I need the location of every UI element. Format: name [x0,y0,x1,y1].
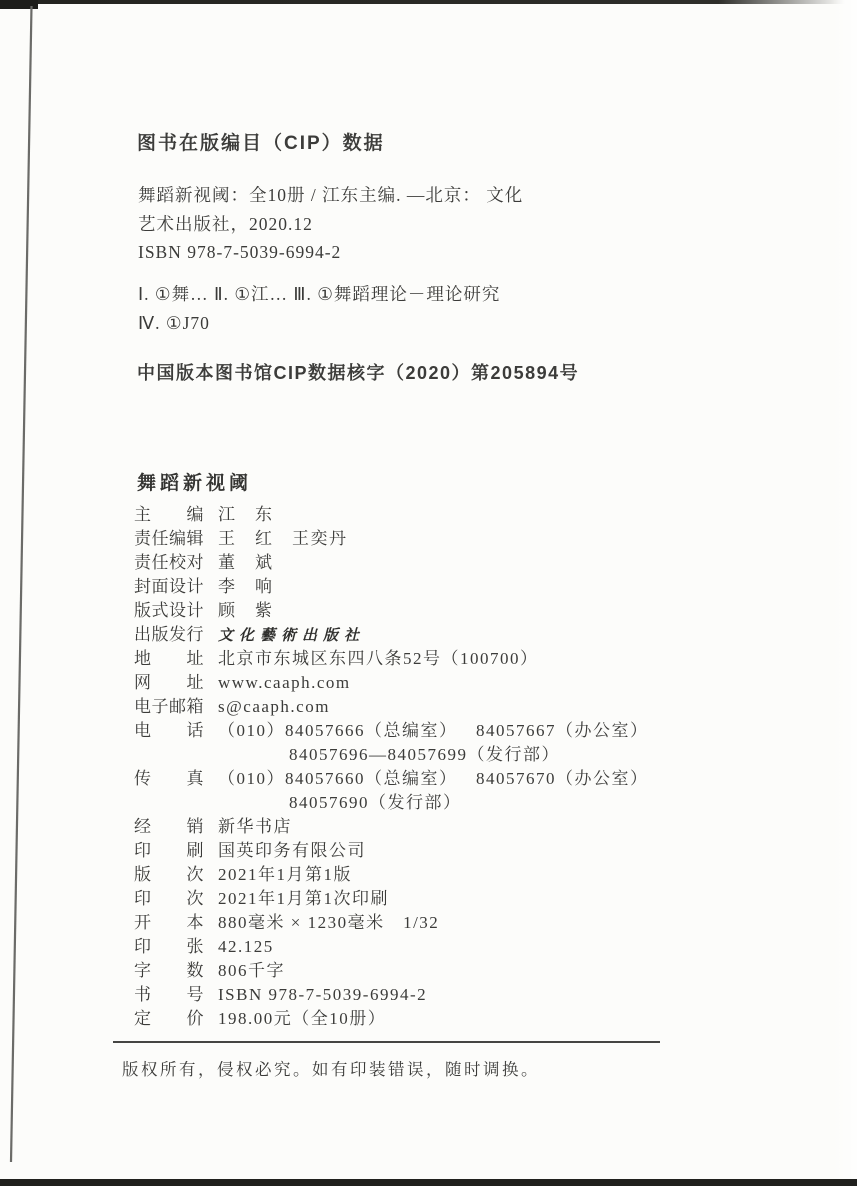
field-value: 2021年1月第1次印刷 [218,889,389,908]
website-url: www.caaph.com [218,673,351,692]
cip-classification-line: Ⅳ. ①J70 [138,309,500,338]
row-printing: 印 次2021年1月第1次印刷 [134,887,649,911]
field-value-secondary: 84057670（办公室） [476,769,649,788]
publication-details-list: 主 编江 东 责任编辑王 红 王奕丹 责任校对董 斌 封面设计李 响 版式设计顾… [134,503,649,1031]
row-format: 开 本880毫米 × 1230毫米 1/32 [134,911,649,935]
field-label: 网 址 [134,671,204,695]
field-label: 印 次 [134,887,204,911]
row-email: 电子邮箱s@caaph.com [134,695,649,719]
email-address: s@caaph.com [218,697,330,716]
field-label: 电 话 [134,719,204,743]
row-distributor: 经 销新华书店 [134,815,649,839]
field-value: 国英印务有限公司 [218,841,366,860]
field-value-secondary: 84057667（办公室） [476,721,649,740]
row-address: 地 址北京市东城区东四八条52号（100700） [134,647,649,671]
row-chief-editor: 主 编江 东 [134,503,649,527]
field-label: 电子邮箱 [134,695,204,719]
field-label: 印 张 [134,935,204,959]
field-value: 84057690（发行部） [218,793,462,812]
field-label: 字 数 [134,959,204,983]
field-label: 出版发行 [134,623,204,647]
cip-record-number: 中国版本图书馆CIP数据核字（2020）第205894号 [137,359,579,385]
field-label: 封面设计 [134,575,204,599]
field-label: 印 刷 [134,839,204,863]
row-isbn: 书 号ISBN 978-7-5039-6994-2 [134,983,649,1007]
field-label: 责任编辑 [134,527,204,551]
row-telephone: 电 话（010）84057666（总编室）84057667（办公室） [134,719,649,743]
row-word-count: 字 数806千字 [134,959,649,983]
cip-classification: Ⅰ. ①舞… Ⅱ. ①江… Ⅲ. ①舞蹈理论－理论研究 Ⅳ. ①J70 [138,280,500,337]
row-layout-design: 版式设计顾 紫 [134,599,649,623]
field-value: 84057696—84057699（发行部） [218,745,560,764]
field-value: 江 东 [218,505,274,524]
field-label: 责任校对 [134,551,204,575]
cip-heading: 图书在版编目（CIP）数据 [137,128,385,155]
field-value: 王 红 王奕丹 [218,529,348,548]
scan-left-page-edge-line [0,0,45,1186]
row-price: 定 价198.00元（全10册） [134,1007,649,1031]
row-telephone-continued: 84057696—84057699（发行部） [134,743,649,767]
isbn-number: ISBN 978-7-5039-6994-2 [218,985,427,1004]
cip-description-line: 艺术出版社，2020.12 [138,210,523,239]
price-value: 198.00元（全10册） [218,1009,386,1028]
row-edition: 版 次2021年1月第1版 [134,863,649,887]
field-value: 2021年1月第1版 [218,865,352,884]
field-label: 开 本 [134,911,204,935]
field-label: 地 址 [134,647,204,671]
field-value: （010）84057666（总编室） [218,719,476,743]
scan-top-edge [0,0,845,4]
row-website: 网 址www.caaph.com [134,671,649,695]
field-value: 顾 紫 [218,601,274,620]
row-proofreader: 责任校对董 斌 [134,551,649,575]
scan-bottom-edge [0,1179,857,1186]
footer-divider [113,1041,660,1043]
field-value: 李 响 [218,577,274,596]
copyright-notice: 版权所有，侵权必究。如有印装错误，随时调换。 [122,1056,540,1080]
row-responsible-editor: 责任编辑王 红 王奕丹 [134,527,649,551]
field-value: 880毫米 × 1230毫米 1/32 [218,913,439,932]
row-publisher: 出版发行文化藝術出版社 [134,623,649,647]
field-label: 版式设计 [134,599,204,623]
field-label: 版 次 [134,863,204,887]
cip-classification-line: Ⅰ. ①舞… Ⅱ. ①江… Ⅲ. ①舞蹈理论－理论研究 [138,280,500,309]
field-label: 传 真 [134,767,204,791]
cip-description: 舞蹈新视阈：全10册 / 江东主编. —北京： 文化 艺术出版社，2020.12… [138,181,523,267]
row-printer: 印 刷国英印务有限公司 [134,839,649,863]
field-label: 定 价 [134,1007,204,1031]
cip-description-line: 舞蹈新视阈：全10册 / 江东主编. —北京： 文化 [138,181,523,210]
field-label: 主 编 [134,503,204,527]
field-label: 经 销 [134,815,204,839]
book-title: 舞蹈新视阈 [137,468,252,495]
scanned-copyright-page: 图书在版编目（CIP）数据 舞蹈新视阈：全10册 / 江东主编. —北京： 文化… [0,0,857,1186]
row-fax-continued: 84057690（发行部） [134,791,649,815]
field-value: 42.125 [218,937,274,956]
publisher-logotype: 文化藝術出版社 [218,628,365,644]
scan-right-shadow [831,0,857,1186]
row-sheets: 印 张42.125 [134,935,649,959]
field-value: 806千字 [218,961,285,980]
field-value: （010）84057660（总编室） [218,767,476,791]
cip-isbn-line: ISBN 978-7-5039-6994-2 [138,238,523,267]
row-cover-design: 封面设计李 响 [134,575,649,599]
field-label: 书 号 [134,983,204,1007]
field-value: 北京市东城区东四八条52号（100700） [218,649,539,668]
row-fax: 传 真（010）84057660（总编室）84057670（办公室） [134,767,649,791]
field-value: 董 斌 [218,553,274,572]
field-value: 新华书店 [218,817,292,836]
